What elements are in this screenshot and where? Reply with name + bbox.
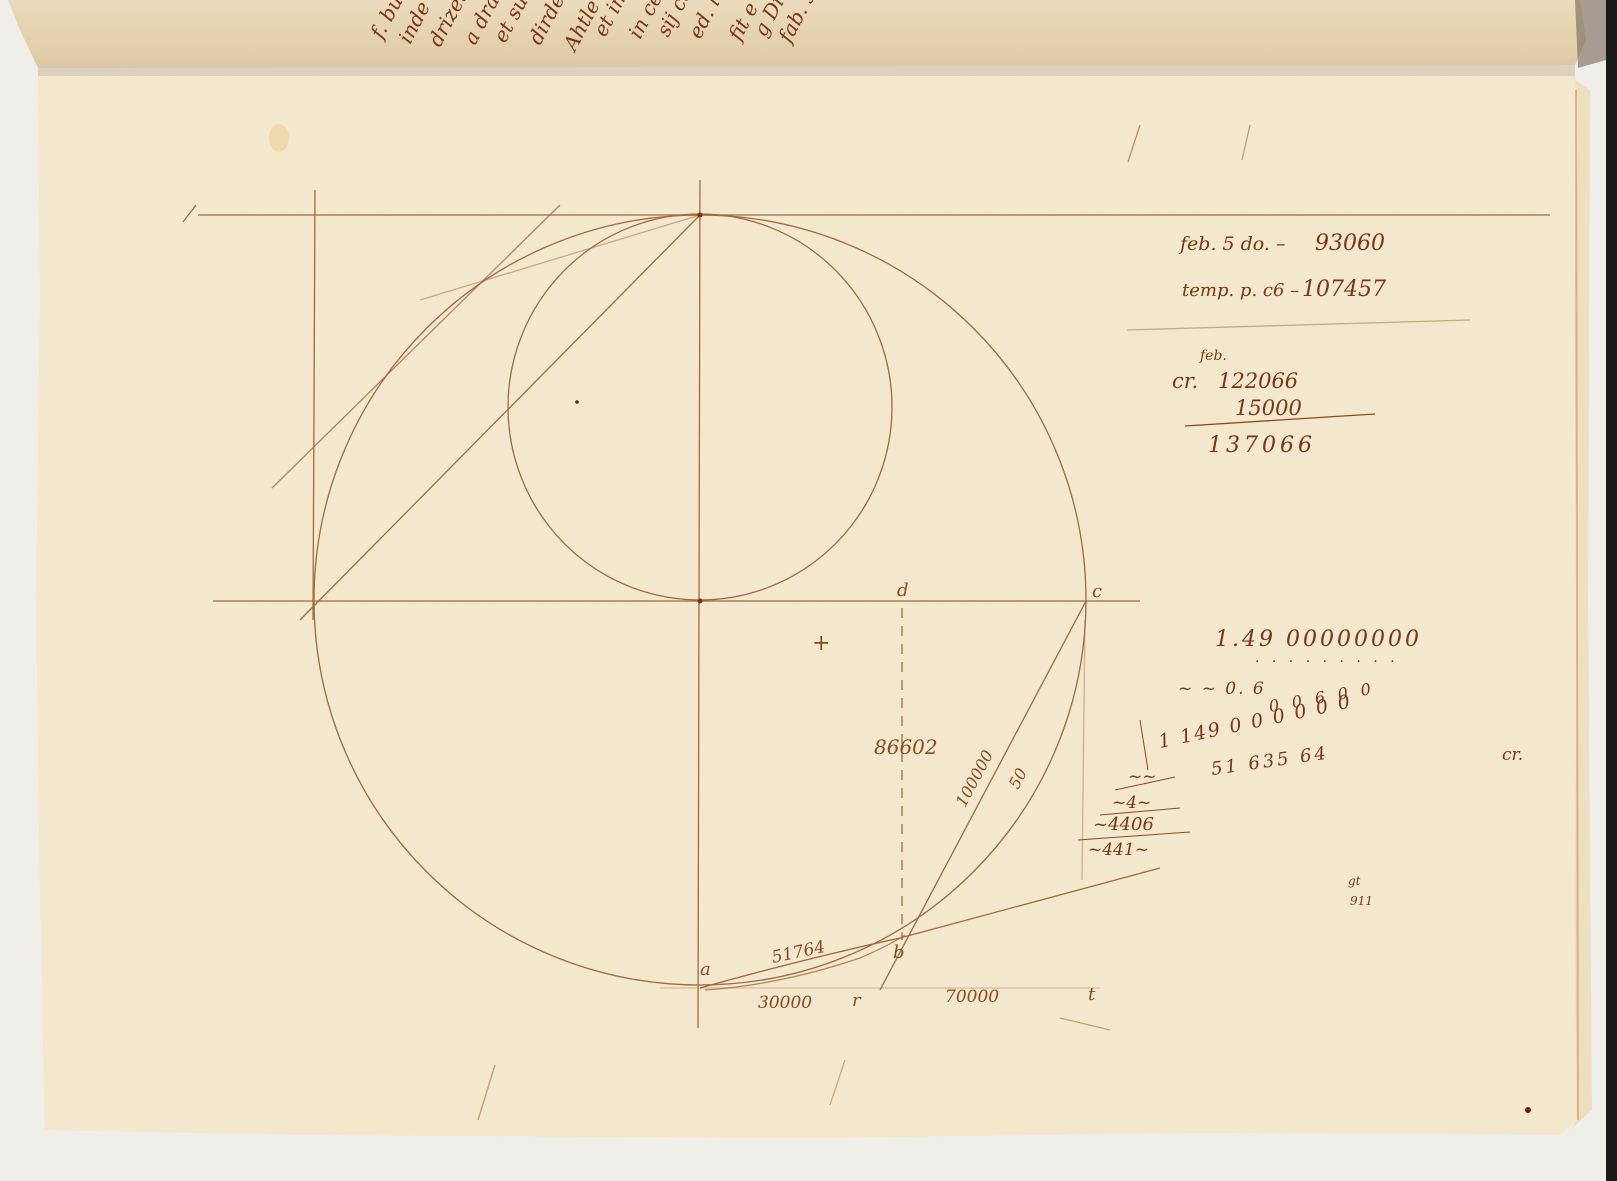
label-t: t xyxy=(1088,984,1096,1005)
label-a: a xyxy=(700,959,711,980)
note-line1-value: 93060 xyxy=(1315,231,1385,256)
label-r: r xyxy=(852,990,862,1011)
manuscript-drawing: f. bue inde d drizet a dra et sub dirde … xyxy=(0,0,1617,1181)
big-number-dots: . . . . . . . . . xyxy=(1255,650,1399,666)
margin-cr: cr. xyxy=(1502,745,1523,765)
sum-total: 137066 xyxy=(1208,433,1316,458)
sum-header: feb. xyxy=(1199,348,1227,364)
small-mark-1: gt xyxy=(1348,874,1361,888)
note-line2-prefix: temp. p. c6 – xyxy=(1182,280,1299,301)
measure-base-left: 30000 xyxy=(758,993,812,1013)
big-number: 1.49 00000000 xyxy=(1215,627,1422,652)
division-row-4: ~441~ xyxy=(1088,840,1149,860)
division-row-3: ~4406 xyxy=(1093,814,1154,835)
sum-row1-prefix: cr. xyxy=(1172,369,1198,393)
measure-base-right: 70000 xyxy=(945,987,999,1007)
note-line2-value: 107457 xyxy=(1302,277,1386,302)
manuscript-page: f. bue inde d drizet a dra et sub dirde … xyxy=(0,0,1617,1181)
measure-vertical: 86602 xyxy=(874,735,938,759)
center-plus-mark: + xyxy=(812,631,830,656)
note-line1-prefix: feb. 5 do. – xyxy=(1178,233,1286,255)
label-b: b xyxy=(893,942,905,963)
calc-row1: ~ ~ 0. 6 xyxy=(1178,679,1266,699)
label-d: d xyxy=(897,580,909,601)
small-mark-2: 911 xyxy=(1350,894,1373,908)
sum-row1-value: 122066 xyxy=(1218,369,1298,393)
label-c: c xyxy=(1092,581,1102,602)
sum-row2-value: 15000 xyxy=(1235,396,1302,420)
division-row-2: ~4~ xyxy=(1112,793,1151,813)
